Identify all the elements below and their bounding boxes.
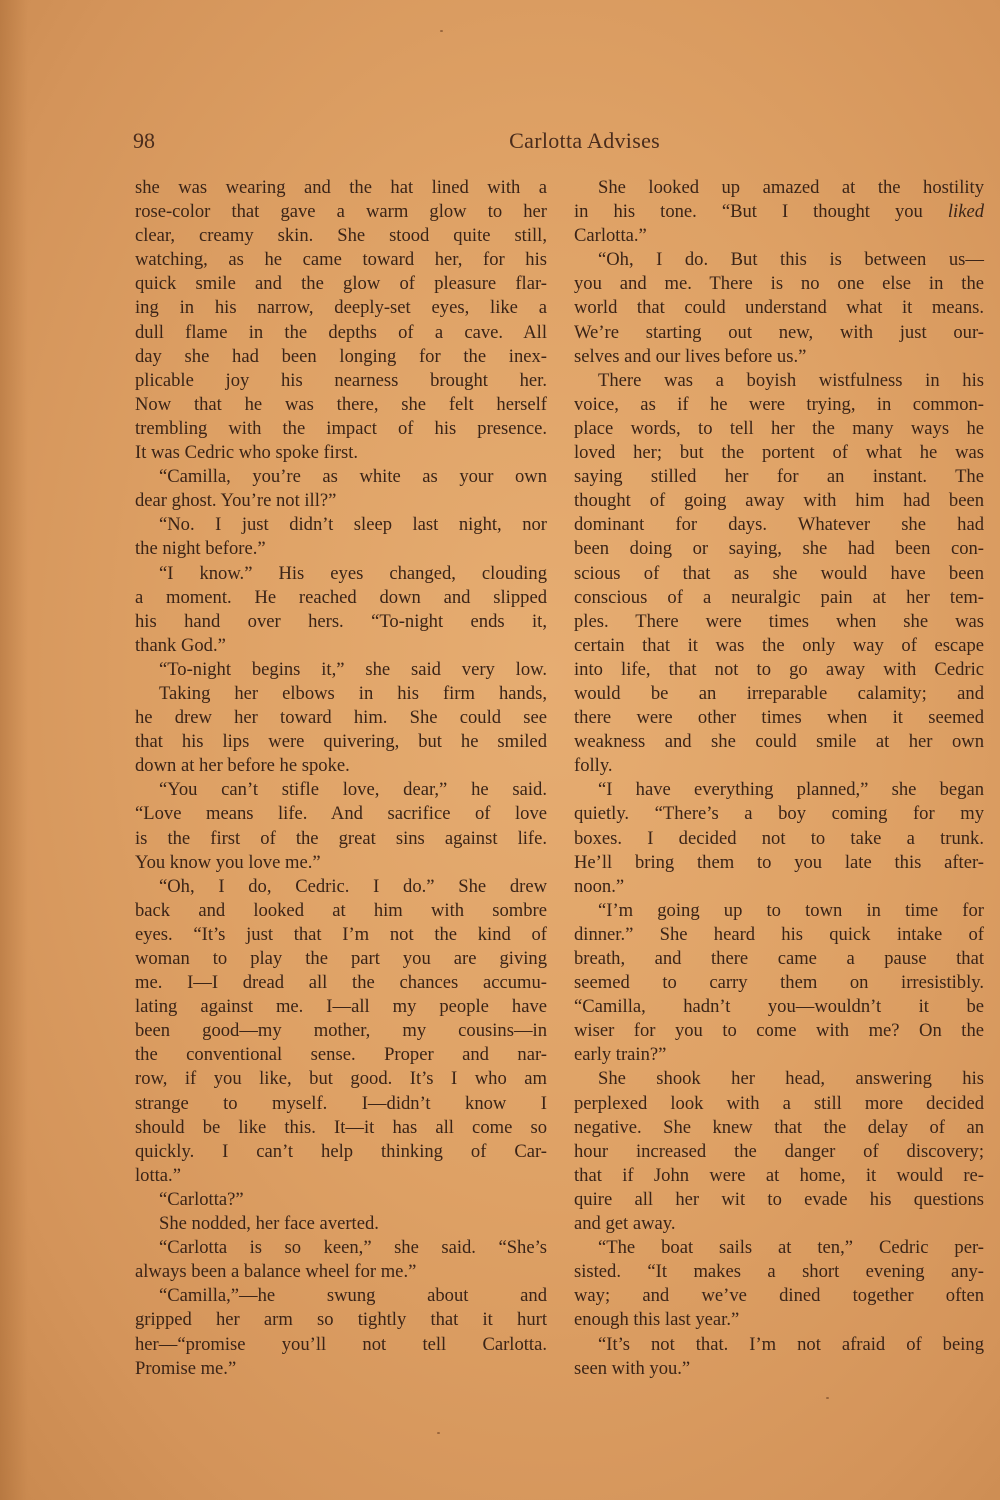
text-line: should be like this. It—it has all come … (135, 1116, 547, 1140)
text-line: voice, as if he were trying, in common- (574, 393, 984, 417)
text-line: “I know.” His eyes changed, clouding (135, 562, 547, 586)
paper-speck (440, 30, 443, 32)
text-line: loved her; but the portent of what he wa… (574, 441, 984, 465)
left-text-column: she was wearing and the hat lined with a… (135, 176, 547, 1381)
text-line: the night before.” (135, 537, 547, 561)
text-line: There was a boyish wistfulness in his (574, 369, 984, 393)
text-line: that his lips were quivering, but he smi… (135, 730, 547, 754)
page-number: 98 (133, 128, 155, 154)
page-edge-shadow (0, 0, 28, 1500)
text-line: been good—my mother, my cousins—in (135, 1019, 547, 1043)
text-line: would be an irreparable calamity; and (574, 682, 984, 706)
text-line: way; and we’ve dined together often (574, 1284, 984, 1308)
text-line: selves and our lives before us.” (574, 345, 984, 369)
text-line: gripped her arm so tightly that it hurt (135, 1308, 547, 1332)
text-line: “Camilla, you’re as white as your own (135, 465, 547, 489)
text-line: quietly. “There’s a boy coming for my (574, 802, 984, 826)
text-line: that if John were at home, it would re- (574, 1164, 984, 1188)
text-line: “Carlotta?” (135, 1188, 547, 1212)
page-header: 98 Carlotta Advises (133, 124, 660, 156)
text-line: me. I—I dread all the chances accumu- (135, 971, 547, 995)
text-line: “Camilla,”—he swung about and (135, 1284, 547, 1308)
text-line: boxes. I decided not to take a trunk. (574, 827, 984, 851)
text-line: place words, to tell her the many ways h… (574, 417, 984, 441)
text-line: his hand over hers. “To-night ends it, (135, 610, 547, 634)
paper-speck (437, 1432, 440, 1434)
text-line: strange to myself. I—didn’t know I (135, 1092, 547, 1116)
text-line: “I’m going up to town in time for (574, 899, 984, 923)
emphasis-text: liked (948, 201, 984, 222)
text-line: world that could understand what it mean… (574, 296, 984, 320)
text-line: the conventional sense. Proper and nar- (135, 1043, 547, 1067)
text-line: She shook her head, answering his (574, 1067, 984, 1091)
text-line: He’ll bring them to you late this after- (574, 851, 984, 875)
text-line: She looked up amazed at the hostility (574, 176, 984, 200)
text-line: “Love means life. And sacrifice of love (135, 802, 547, 826)
text-line: back and looked at him with sombre (135, 899, 547, 923)
text-line: into life, that not to go away with Cedr… (574, 658, 984, 682)
text-line: Promise me.” (135, 1357, 547, 1381)
text-line: seemed to carry them on irresistibly. (574, 971, 984, 995)
text-line: in his tone. “But I thought you liked (574, 200, 984, 224)
text-line: conscious of a neuralgic pain at her tem… (574, 586, 984, 610)
text-line: lotta.” (135, 1164, 547, 1188)
text-line: always been a balance wheel for me.” (135, 1260, 547, 1284)
text-line: “To-night begins it,” she said very low. (135, 658, 547, 682)
text-line: quick smile and the glow of pleasure fla… (135, 272, 547, 296)
text-line: thank God.” (135, 634, 547, 658)
text-line: dear ghost. You’re not ill?” (135, 489, 547, 513)
text-line: row, if you like, but good. It’s I who a… (135, 1067, 547, 1091)
text-line: “Oh, I do. But this is between us— (574, 248, 984, 272)
text-line: dull flame in the depths of a cave. All (135, 321, 547, 345)
text-line: she was wearing and the hat lined with a (135, 176, 547, 200)
paper-speck (826, 1397, 829, 1399)
text-line: folly. (574, 754, 984, 778)
text-line: quickly. I can’t help thinking of Car- (135, 1140, 547, 1164)
text-line: there were other times when it seemed (574, 706, 984, 730)
text-line: Now that he was there, she felt herself (135, 393, 547, 417)
text-line: sisted. “It makes a short evening any- (574, 1260, 984, 1284)
text-line: been doing or saying, she had been con- (574, 537, 984, 561)
text-line: early train?” (574, 1043, 984, 1067)
text-line: “Camilla, hadn’t you—wouldn’t it be (574, 995, 984, 1019)
running-title: Carlotta Advises (509, 128, 660, 154)
text-line: wiser for you to come with me? On the (574, 1019, 984, 1043)
text-line: plicable joy his nearness brought her. (135, 369, 547, 393)
text-line: scious of that as she would have been (574, 562, 984, 586)
text-line: hour increased the danger of discovery; (574, 1140, 984, 1164)
text-line: enough this last year.” (574, 1308, 984, 1332)
text-line: Carlotta.” (574, 224, 984, 248)
text-line: breath, and there came a pause that (574, 947, 984, 971)
text-line: ing in his narrow, deeply-set eyes, like… (135, 296, 547, 320)
text-line: rose-color that gave a warm glow to her (135, 200, 547, 224)
text-line: dinner.” She heard his quick intake of (574, 923, 984, 947)
text-line: her—“promise you’ll not tell Carlotta. (135, 1333, 547, 1357)
text-line: “No. I just didn’t sleep last night, nor (135, 513, 547, 537)
text-line: “You can’t stifle love, dear,” he said. (135, 778, 547, 802)
right-text-column: She looked up amazed at the hostilityin … (574, 176, 984, 1381)
text-line: woman to play the part you are giving (135, 947, 547, 971)
text-line: down at her before he spoke. (135, 754, 547, 778)
text-line: weakness and she could smile at her own (574, 730, 984, 754)
text-line: certain that it was the only way of esca… (574, 634, 984, 658)
text-line: he drew her toward him. She could see (135, 706, 547, 730)
text-line: noon.” (574, 875, 984, 899)
text-line: watching, as he came toward her, for his (135, 248, 547, 272)
text-line: quire all her wit to evade his questions (574, 1188, 984, 1212)
text-line: ples. There were times when she was (574, 610, 984, 634)
text-line: lating against me. I—all my people have (135, 995, 547, 1019)
text-line: You know you love me.” (135, 851, 547, 875)
text-line: eyes. “It’s just that I’m not the kind o… (135, 923, 547, 947)
text-line: “The boat sails at ten,” Cedric per- (574, 1236, 984, 1260)
text-line: thought of going away with him had been (574, 489, 984, 513)
text-line: perplexed look with a still more decided (574, 1092, 984, 1116)
text-line: negative. She knew that the delay of an (574, 1116, 984, 1140)
text-line: dominant for days. Whatever she had (574, 513, 984, 537)
text-line: saying stilled her for an instant. The (574, 465, 984, 489)
text-line: seen with you.” (574, 1357, 984, 1381)
text-line: and get away. (574, 1212, 984, 1236)
text-line: you and me. There is no one else in the (574, 272, 984, 296)
text-line: clear, creamy skin. She stood quite stil… (135, 224, 547, 248)
text-line: trembling with the impact of his presenc… (135, 417, 547, 441)
text-line: We’re starting out new, with just our- (574, 321, 984, 345)
text-line: It was Cedric who spoke first. (135, 441, 547, 465)
text-line: “Oh, I do, Cedric. I do.” She drew (135, 875, 547, 899)
text-line: is the first of the great sins against l… (135, 827, 547, 851)
text-line: She nodded, her face averted. (135, 1212, 547, 1236)
text-line: a moment. He reached down and slipped (135, 586, 547, 610)
text-line: “Carlotta is so keen,” she said. “She’s (135, 1236, 547, 1260)
text-line: Taking her elbows in his firm hands, (135, 682, 547, 706)
text-line: day she had been longing for the inex- (135, 345, 547, 369)
text-line: “I have everything planned,” she began (574, 778, 984, 802)
text-line: “It’s not that. I’m not afraid of being (574, 1333, 984, 1357)
